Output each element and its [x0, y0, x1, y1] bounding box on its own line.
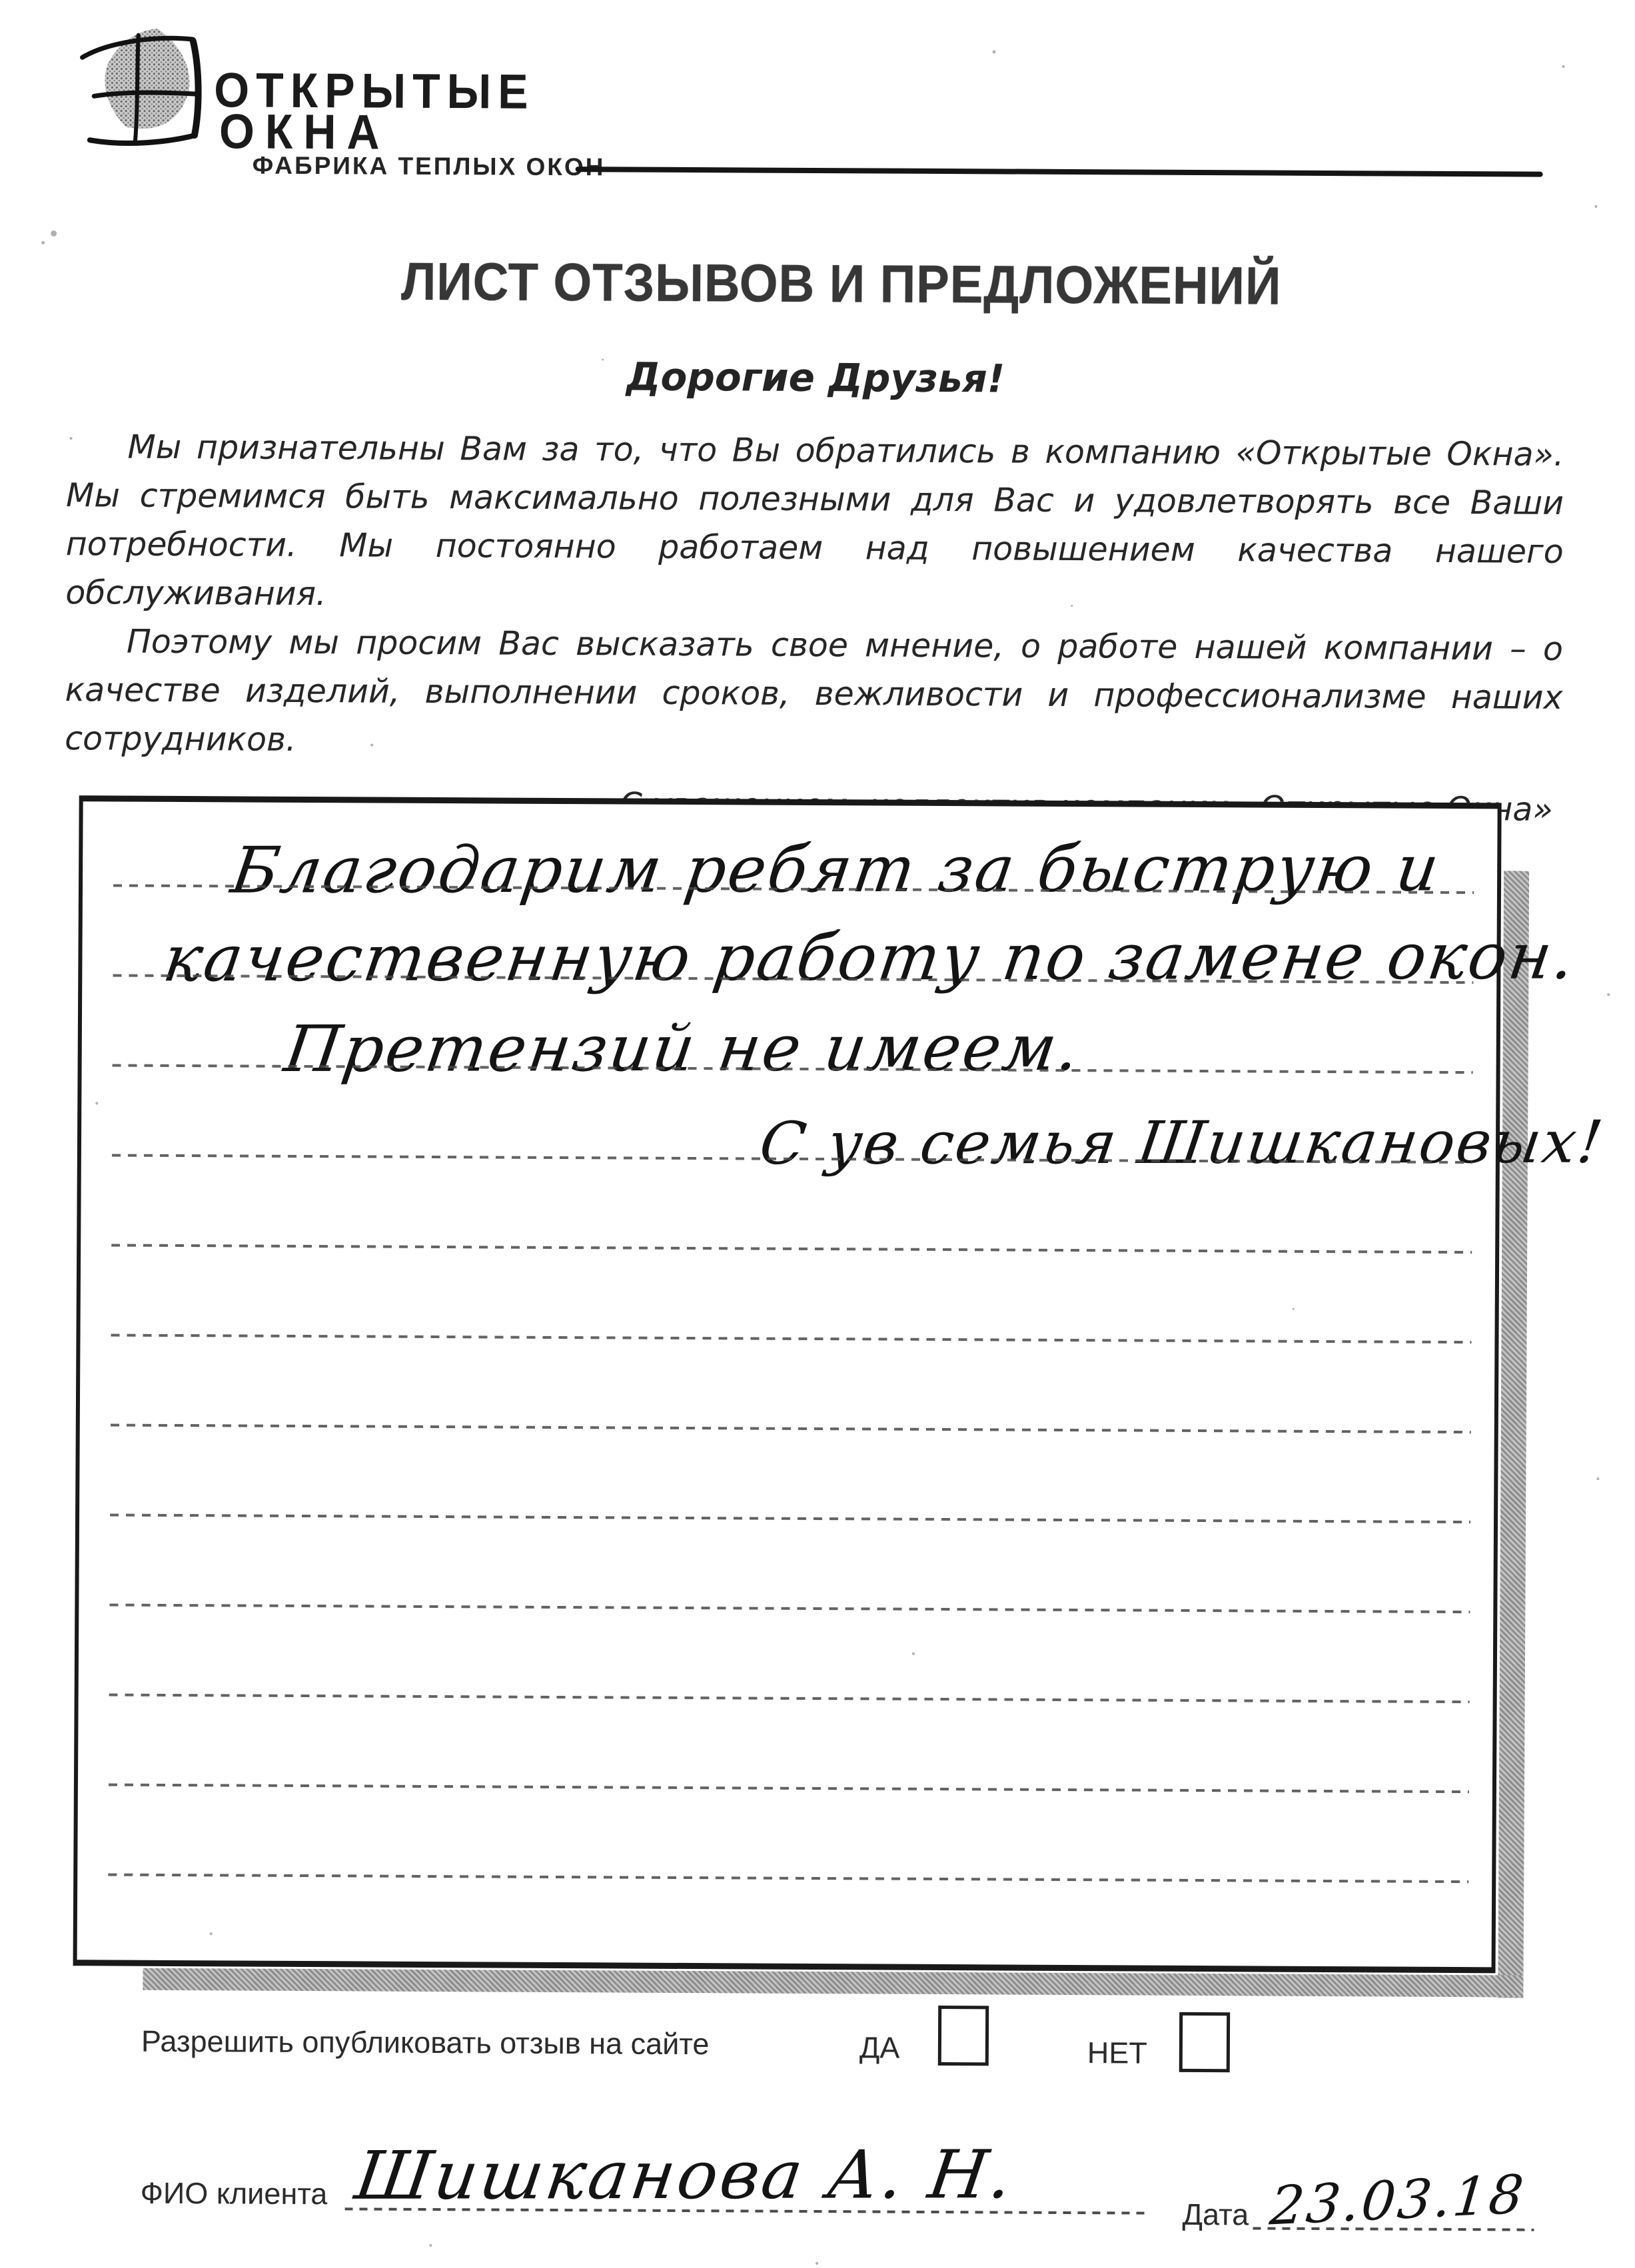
noise-speck [912, 1653, 915, 1655]
handwritten-review-line: качественную работу по замене окон. [159, 919, 1581, 996]
header-rule [576, 167, 1543, 177]
intro-text: Мы признательны Вам за то, что Вы обрати… [64, 422, 1564, 834]
noise-speck [993, 50, 996, 53]
noise-speck [602, 358, 604, 360]
noise-speck [816, 2262, 818, 2265]
intro-paragraph-2: Поэтому мы просим Вас высказать свое мне… [65, 617, 1563, 771]
ruled-line [109, 1603, 1470, 1613]
date-label: Дата [1182, 2197, 1249, 2233]
date-handwritten: 23.03.18 [1267, 2163, 1528, 2237]
noise-speck [1607, 993, 1610, 996]
scanned-page: ОТКРЫТЫЕ ОКНА ФАБРИКА ТЕПЛЫХ ОКОН ЛИСТ О… [0, 0, 1635, 2268]
noise-speck [210, 1932, 213, 1935]
noise-speck [95, 1102, 98, 1104]
ruled-line [109, 1693, 1470, 1703]
consent-yes-label: ДА [859, 2030, 900, 2065]
noise-speck [1293, 1308, 1295, 1310]
ruled-line [111, 1423, 1471, 1433]
ruled-line [110, 1513, 1470, 1523]
box-shadow-bottom [143, 1968, 1523, 1998]
box-shadow-right [1498, 871, 1529, 1998]
client-name-label: ФИО клиента [141, 2176, 328, 2211]
review-writing-box[interactable]: Благодарим ребят за быструю и качественн… [73, 795, 1502, 1973]
noise-speck [41, 241, 45, 244]
consent-no-label: НЕТ [1087, 2036, 1147, 2070]
consent-yes-checkbox[interactable] [938, 2006, 989, 2066]
ruled-line [109, 1783, 1469, 1793]
brand-tagline: ФАБРИКА ТЕПЛЫХ ОКОН [253, 152, 606, 182]
ruled-line [111, 1333, 1471, 1343]
window-leaf-logo-icon [78, 25, 212, 150]
noise-speck [70, 437, 73, 440]
noise-speck [1596, 1477, 1599, 1480]
noise-speck [1558, 510, 1560, 513]
page-title: ЛИСТ ОТЗЫВОВ И ПРЕДЛОЖЕНИЙ [57, 249, 1625, 318]
noise-speck [370, 744, 373, 747]
client-name-handwritten: Шишканова А. Н. [350, 2135, 1019, 2215]
ruled-line [111, 1244, 1472, 1254]
handwritten-review-line: Претензий не имеем. [280, 1010, 1085, 1086]
ruled-line [108, 1873, 1468, 1883]
feedback-sheet: ОТКРЫТЫЕ ОКНА ФАБРИКА ТЕПЛЫХ ОКОН ЛИСТ О… [0, 0, 1635, 2268]
intro-paragraph-1: Мы признательны Вам за то, что Вы обрати… [65, 422, 1564, 625]
handwritten-review-line: С ув семья Шишкановых! [756, 1108, 1608, 1178]
publish-consent-label: Разрешить опубликовать отзыв на сайте [141, 2024, 710, 2062]
noise-speck [429, 2244, 432, 2247]
noise-speck [51, 230, 57, 236]
greeting-heading: Дорогие Друзья! [0, 351, 1633, 405]
consent-no-checkbox[interactable] [1179, 2012, 1230, 2072]
handwritten-review-line: Благодарим ребят за быструю и [227, 831, 1446, 908]
noise-speck [1594, 205, 1597, 208]
noise-speck [1071, 605, 1073, 607]
noise-speck [1562, 65, 1564, 68]
